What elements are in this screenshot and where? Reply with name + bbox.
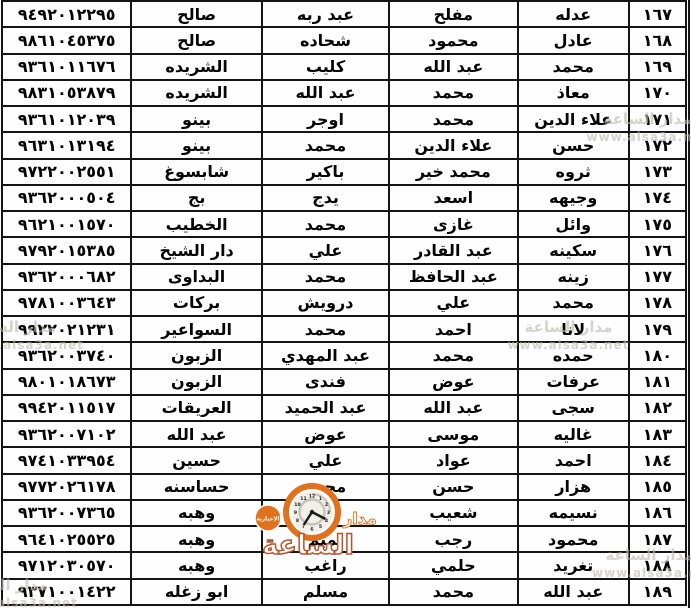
cell-serial: ١٨٨ (629, 552, 686, 578)
table-row: ١٧٤وجيههاسعديدجبج٩٣٦٢٠٠٠٥٠٤ (2, 185, 686, 211)
cell-fourth: الخطيب (131, 211, 261, 237)
cell-id: ٩٦٤١٠٢٥٥٢٥ (2, 526, 131, 552)
cell-fourth: حساسنه (131, 474, 261, 500)
table-row: ١٨١عرفاتعوضفندىالزبون٩٨٠١٠١٨٦٧٣ (2, 369, 686, 395)
table-row: ١٧٠معاذمحمدعبد اللهالشريده٩٨٣١٠٥٣٨٧٩ (2, 80, 686, 106)
cell-first: معاذ (518, 80, 629, 106)
cell-id: ٩٧٧٢٠٢٦١٧٨ (2, 474, 131, 500)
cell-third: عبد الله (262, 80, 389, 106)
cell-second: محمد (389, 106, 517, 132)
cell-first: سكينه (518, 237, 629, 263)
cell-serial: ١٨٤ (629, 447, 686, 473)
table-row: ١٦٨عادلمحمودشحادهصالح٩٨٦١٠٤٥٣٧٥ (2, 27, 686, 53)
cell-third: عبد المهدي (262, 342, 389, 368)
cell-first: عادل (518, 27, 629, 53)
table-row: ١٨٢سجىعبد اللهعبد الحميدالعريقات٩٩٤٢٠١١٥… (2, 395, 686, 421)
cell-second: مفلح (389, 1, 517, 27)
cell-serial: ١٧٨ (629, 290, 686, 316)
cell-id: ٩٩٤٢٠١١٥١٧ (2, 395, 131, 421)
cell-first: عبد الله (518, 579, 629, 606)
table-row: ١٨٥هزارحسنمحمدحساسنه٩٧٧٢٠٢٦١٧٨ (2, 474, 686, 500)
cell-first: سجى (518, 395, 629, 421)
records-table-body: ١٦٧عدلهمفلحعبد ربهصالح٩٤٩٢٠١٢٢٩٥١٦٨عادلم… (2, 1, 686, 605)
table-outer-border-line (688, 0, 690, 608)
table-row: ١٦٧عدلهمفلحعبد ربهصالح٩٤٩٢٠١٢٢٩٥ (2, 1, 686, 27)
cell-id: ٩٣٦٢٠٠٧٣٦٥ (2, 500, 131, 526)
cell-first: حمده (518, 342, 629, 368)
cell-serial: ١٧٥ (629, 211, 686, 237)
cell-first: تغريد (518, 552, 629, 578)
cell-fourth: وهبه (131, 526, 261, 552)
table-row: ١٧٦سكينهعبد القادرعليدار الشيخ٩٧٩٢٠١٥٣٨٥ (2, 237, 686, 263)
cell-third: كليب (262, 54, 389, 80)
cell-fourth: البداوى (131, 264, 261, 290)
table-row: ١٨٤احمدعوادعليحسين٩٧٤١٠٣٣٩٥٤ (2, 447, 686, 473)
cell-serial: ١٧٧ (629, 264, 686, 290)
cell-fourth: بينو (131, 132, 261, 158)
cell-third: شحاده (262, 27, 389, 53)
cell-fourth: الزبون (131, 342, 261, 368)
cell-serial: ١٨٥ (629, 474, 686, 500)
cell-third: تميم (262, 526, 389, 552)
cell-second: حسن (389, 474, 517, 500)
cell-serial: ١٨٢ (629, 395, 686, 421)
cell-third: محمد (262, 132, 389, 158)
cell-serial: ١٧٢ (629, 132, 686, 158)
cell-second: شعيب (389, 500, 517, 526)
cell-third: مسلم (262, 579, 389, 606)
cell-second: غازى (389, 211, 517, 237)
cell-fourth: وهبه (131, 500, 261, 526)
cell-first: محمد (518, 54, 629, 80)
cell-id: ٩٨٠١٠١٨٦٧٣ (2, 369, 131, 395)
cell-serial: ١٨٦ (629, 500, 686, 526)
table-row: ١٧٨محمدعليدرويشبركات٩٧٨١٠٠٣٦٤٣ (2, 290, 686, 316)
cell-third: راغب (262, 552, 389, 578)
cell-fourth: ابو زغله (131, 579, 261, 606)
cell-second: رجب (389, 526, 517, 552)
table-row: ١٧١علاء الدينمحمداوجربينو٩٣٦١٠١٢٠٣٩ (2, 106, 686, 132)
cell-first: زينه (518, 264, 629, 290)
cell-first: غاليه (518, 421, 629, 447)
cell-second: علي (389, 290, 517, 316)
cell-second: اسعد (389, 185, 517, 211)
cell-first: احمد (518, 447, 629, 473)
cell-serial: ١٦٧ (629, 1, 686, 27)
cell-third: يدج (262, 185, 389, 211)
cell-id: ٩٣٧١٠٠١٤٢٢ (2, 579, 131, 606)
cell-first: محمود (518, 526, 629, 552)
cell-fourth: بينو (131, 106, 261, 132)
cell-first: محمد (518, 290, 629, 316)
table-row: ١٨٦نسيمهشعيبوهبه٩٣٦٢٠٠٧٣٦٥ (2, 500, 686, 526)
cell-serial: ١٨٧ (629, 526, 686, 552)
cell-serial: ١٦٨ (629, 27, 686, 53)
cell-first: هزار (518, 474, 629, 500)
cell-serial: ١٧٣ (629, 159, 686, 185)
cell-serial: ١٨٩ (629, 579, 686, 606)
cell-first: وائل (518, 211, 629, 237)
cell-fourth: شابسوغ (131, 159, 261, 185)
cell-first: عدله (518, 1, 629, 27)
cell-fourth: بركات (131, 290, 261, 316)
cell-third (262, 500, 389, 526)
cell-second: محمد خير (389, 159, 517, 185)
cell-fourth: الزبون (131, 369, 261, 395)
cell-first: وجيهه (518, 185, 629, 211)
cell-third: محمد (262, 474, 389, 500)
cell-fourth: السواعير (131, 316, 261, 342)
table-row: ١٨٠حمدهمحمدعبد المهديالزبون٩٣٦٢٠٠٣٧٤٠ (2, 342, 686, 368)
cell-id: ٩٤٩٢٠١٢٢٩٥ (2, 1, 131, 27)
table-row: ١٧٣ثروهمحمد خيرباكيرشابسوغ٩٧٢٢٠٠٢٥٥١ (2, 159, 686, 185)
cell-fourth: عبد الله (131, 421, 261, 447)
cell-serial: ١٨١ (629, 369, 686, 395)
cell-id: ٩٨٦١٠٤٥٣٧٥ (2, 27, 131, 53)
cell-second: عبد الله (389, 395, 517, 421)
cell-serial: ١٧٤ (629, 185, 686, 211)
cell-serial: ١٨٣ (629, 421, 686, 447)
cell-second: محمد (389, 579, 517, 606)
cell-third: عبد الحميد (262, 395, 389, 421)
cell-third: علي (262, 237, 389, 263)
cell-serial: ١٧٠ (629, 80, 686, 106)
cell-id: ٩٣٦٢٠٠٧١٠٢ (2, 421, 131, 447)
cell-id: ٩٣٦٢٠٠٣٧٤٠ (2, 342, 131, 368)
table-row: ١٧٥وائلغازىمحمدالخطيب٩٦٢١٠٠١٥٧٠ (2, 211, 686, 237)
cell-third: علي (262, 447, 389, 473)
cell-second: عواد (389, 447, 517, 473)
cell-id: ٩٦٢١٠٠١٥٧٠ (2, 211, 131, 237)
cell-first: ثروه (518, 159, 629, 185)
cell-second: عبد الحافظ (389, 264, 517, 290)
cell-third: عبد ربه (262, 1, 389, 27)
cell-third: درويش (262, 290, 389, 316)
cell-id: ٩٧٩٢٠١٥٣٨٥ (2, 237, 131, 263)
cell-first: لانا (518, 316, 629, 342)
cell-first: عرفات (518, 369, 629, 395)
names-table: ١٦٧عدلهمفلحعبد ربهصالح٩٤٩٢٠١٢٢٩٥١٦٨عادلم… (1, 0, 687, 606)
cell-fourth: وهبه (131, 552, 261, 578)
cell-id: ٩٧٨١٠٠٣٦٤٣ (2, 290, 131, 316)
table-row: ١٨٩عبد اللهمحمدمسلمابو زغله٩٣٧١٠٠١٤٢٢ (2, 579, 686, 606)
document-page: ١٦٧عدلهمفلحعبد ربهصالح٩٤٩٢٠١٢٢٩٥١٦٨عادلم… (0, 0, 691, 608)
cell-third: اوجر (262, 106, 389, 132)
cell-id: ٩٣٦١٠١١٦٧٦ (2, 54, 131, 80)
table-row: ١٨٨تغريدحلميراغبوهبه٩٧١٢٠٣٠٥٧٠ (2, 552, 686, 578)
cell-fourth: الشريده (131, 80, 261, 106)
cell-third: باكير (262, 159, 389, 185)
cell-fourth: الشريده (131, 54, 261, 80)
cell-second: موسى (389, 421, 517, 447)
cell-second: عبد القادر (389, 237, 517, 263)
cell-first: علاء الدين (518, 106, 629, 132)
cell-serial: ١٧٩ (629, 316, 686, 342)
cell-third: محمد (262, 211, 389, 237)
cell-id: ٩٣٦١٠١٢٠٣٩ (2, 106, 131, 132)
cell-fourth: صالح (131, 1, 261, 27)
cell-second: عبد الله (389, 54, 517, 80)
table-row: ١٨٣غاليهموسىعوضعبد الله٩٣٦٢٠٠٧١٠٢ (2, 421, 686, 447)
cell-id: ٩٧١٢٠٣٠٥٧٠ (2, 552, 131, 578)
cell-id: ٩٧٢٢٠٠٢٥٥١ (2, 159, 131, 185)
table-row: ١٧٩لانااحمدمحمدالسواعير٩٩٢٢٠٢١٢٣١ (2, 316, 686, 342)
cell-third: محمد (262, 264, 389, 290)
cell-serial: ١٨٠ (629, 342, 686, 368)
cell-second: علاء الدين (389, 132, 517, 158)
cell-id: ٩٦٣١٠١٣١٩٤ (2, 132, 131, 158)
cell-first: نسيمه (518, 500, 629, 526)
cell-id: ٩٧٤١٠٣٣٩٥٤ (2, 447, 131, 473)
cell-second: احمد (389, 316, 517, 342)
cell-first: حسن (518, 132, 629, 158)
cell-serial: ١٧١ (629, 106, 686, 132)
table-row: ١٧٧زينهعبد الحافظمحمدالبداوى٩٣٦٢٠٠٠٦٨٢ (2, 264, 686, 290)
cell-second: محمود (389, 27, 517, 53)
table-row: ١٦٩محمدعبد اللهكليبالشريده٩٣٦١٠١١٦٧٦ (2, 54, 686, 80)
cell-fourth: العريقات (131, 395, 261, 421)
cell-fourth: دار الشيخ (131, 237, 261, 263)
cell-serial: ١٧٦ (629, 237, 686, 263)
table-row: ١٧٢حسنعلاء الدينمحمدبينو٩٦٣١٠١٣١٩٤ (2, 132, 686, 158)
cell-second: محمد (389, 80, 517, 106)
cell-id: ٩٣٦٢٠٠٠٦٨٢ (2, 264, 131, 290)
cell-fourth: صالح (131, 27, 261, 53)
cell-fourth: بج (131, 185, 261, 211)
cell-id: ٩٩٢٢٠٢١٢٣١ (2, 316, 131, 342)
cell-fourth: حسين (131, 447, 261, 473)
cell-second: عوض (389, 369, 517, 395)
cell-id: ٩٨٣١٠٥٣٨٧٩ (2, 80, 131, 106)
table-row: ١٨٧محمودرجبتميموهبه٩٦٤١٠٢٥٥٢٥ (2, 526, 686, 552)
cell-serial: ١٦٩ (629, 54, 686, 80)
cell-second: محمد (389, 342, 517, 368)
cell-third: فندى (262, 369, 389, 395)
cell-third: عوض (262, 421, 389, 447)
cell-second: حلمي (389, 552, 517, 578)
cell-id: ٩٣٦٢٠٠٠٥٠٤ (2, 185, 131, 211)
cell-third: محمد (262, 316, 389, 342)
